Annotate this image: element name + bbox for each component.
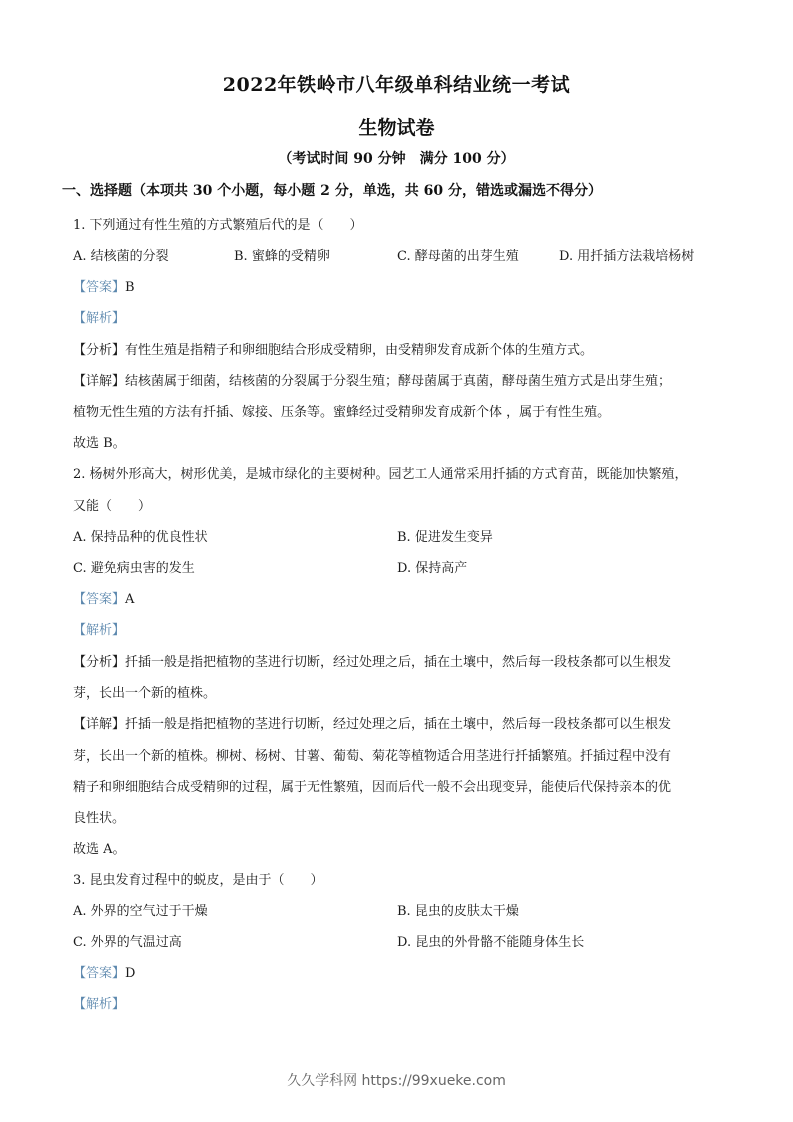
xiangjie-label: 【详解】 bbox=[73, 717, 125, 732]
footer-watermark: 久久学科网 https://99xueke.com bbox=[0, 1070, 793, 1090]
answer-label: 【答案】 bbox=[73, 280, 125, 295]
q1-option-c: C. 酵母菌的出芽生殖 bbox=[397, 245, 519, 264]
q2-conclusion: 故选 A。 bbox=[73, 838, 126, 857]
xiangjie-label: 【详解】 bbox=[73, 374, 125, 389]
answer-value: B bbox=[125, 280, 135, 295]
q1-answer: 【答案】B bbox=[73, 276, 135, 295]
question-2-stem-line-1: 2. 杨树外形高大，树形优美，是城市绿化的主要树种。园艺工人通常采用扦插的方式育… bbox=[73, 463, 688, 482]
q2-xiangjie-line-4: 良性状。 bbox=[73, 807, 125, 826]
q1-option-b: B. 蜜蜂的受精卵 bbox=[234, 245, 330, 264]
answer-value: A bbox=[125, 592, 134, 607]
fenxi-label: 【分析】 bbox=[73, 655, 125, 670]
q3-option-a: A. 外界的空气过于干燥 bbox=[73, 900, 208, 919]
answer-label: 【答案】 bbox=[73, 592, 125, 607]
q2-option-d: D. 保持高产 bbox=[397, 557, 467, 576]
q1-option-d: D. 用扦插方法栽培杨树 bbox=[559, 245, 694, 264]
q2-fenxi-line-1: 【分析】扦插一般是指把植物的茎进行切断，经过处理之后，插在土壤中，然后每一段枝条… bbox=[73, 651, 671, 670]
q2-answer: 【答案】A bbox=[73, 588, 134, 607]
q2-fenxi-line-2: 芽，长出一个新的植株。 bbox=[73, 682, 216, 701]
question-1-stem: 1. 下列通过有性生殖的方式繁殖后代的是（ ） bbox=[73, 214, 363, 233]
q3-option-c: C. 外界的气温过高 bbox=[73, 931, 182, 950]
answer-value: D bbox=[125, 966, 135, 981]
question-2-stem-line-2: 又能（ ） bbox=[73, 495, 151, 514]
q1-analysis-label: 【解析】 bbox=[73, 307, 125, 326]
q2-xiangjie-line-2: 芽，长出一个新的植株。柳树、杨树、甘薯、葡萄、菊花等植物适合用茎进行扦插繁殖。扦… bbox=[73, 745, 671, 764]
q1-xiangjie-line-1: 【详解】结核菌属于细菌，结核菌的分裂属于分裂生殖；酵母菌属于真菌，酵母菌生殖方式… bbox=[73, 370, 671, 389]
q1-xiangjie-line-2: 植物无性生殖的方法有扦插、嫁接、压条等。蜜蜂经过受精卵发育成新个体 ，属于有性生… bbox=[73, 401, 610, 420]
q2-analysis-label: 【解析】 bbox=[73, 619, 125, 638]
fenxi-label: 【分析】 bbox=[73, 343, 125, 358]
question-3-stem: 3. 昆虫发育过程中的蜕皮，是由于（ ） bbox=[73, 869, 324, 888]
q1-conclusion: 故选 B。 bbox=[73, 432, 126, 451]
q3-option-b: B. 昆虫的皮肤太干燥 bbox=[397, 900, 519, 919]
q2-xiangjie-line-3: 精子和卵细胞结合成受精卵的过程，属于无性繁殖，因而后代一般不会出现变异，能使后代… bbox=[73, 776, 671, 795]
section-heading: 一、选择题（本项共 30 个小题，每小题 2 分，单选，共 60 分，错选或漏选… bbox=[62, 180, 602, 200]
exam-subtitle: 生物试卷 bbox=[0, 113, 793, 140]
exam-page: 2022年铁岭市八年级单科结业统一考试 生物试卷 （考试时间 90 分钟 满分 … bbox=[0, 0, 793, 1122]
q3-analysis-label: 【解析】 bbox=[73, 993, 125, 1012]
q3-answer: 【答案】D bbox=[73, 962, 135, 981]
q1-fenxi: 【分析】有性生殖是指精子和卵细胞结合形成受精卵，由受精卵发育成新个体的生殖方式。 bbox=[73, 339, 593, 358]
q2-option-a: A. 保持品种的优良性状 bbox=[73, 526, 208, 545]
q1-option-a: A. 结核菌的分裂 bbox=[73, 245, 169, 264]
answer-label: 【答案】 bbox=[73, 966, 125, 981]
exam-info: （考试时间 90 分钟 满分 100 分） bbox=[0, 148, 793, 168]
q2-option-b: B. 促进发生变异 bbox=[397, 526, 493, 545]
q3-option-d: D. 昆虫的外骨骼不能随身体生长 bbox=[397, 931, 584, 950]
q2-xiangjie-line-1: 【详解】扦插一般是指把植物的茎进行切断，经过处理之后，插在土壤中，然后每一段枝条… bbox=[73, 713, 671, 732]
q2-option-c: C. 避免病虫害的发生 bbox=[73, 557, 195, 576]
exam-title: 2022年铁岭市八年级单科结业统一考试 bbox=[0, 70, 793, 97]
